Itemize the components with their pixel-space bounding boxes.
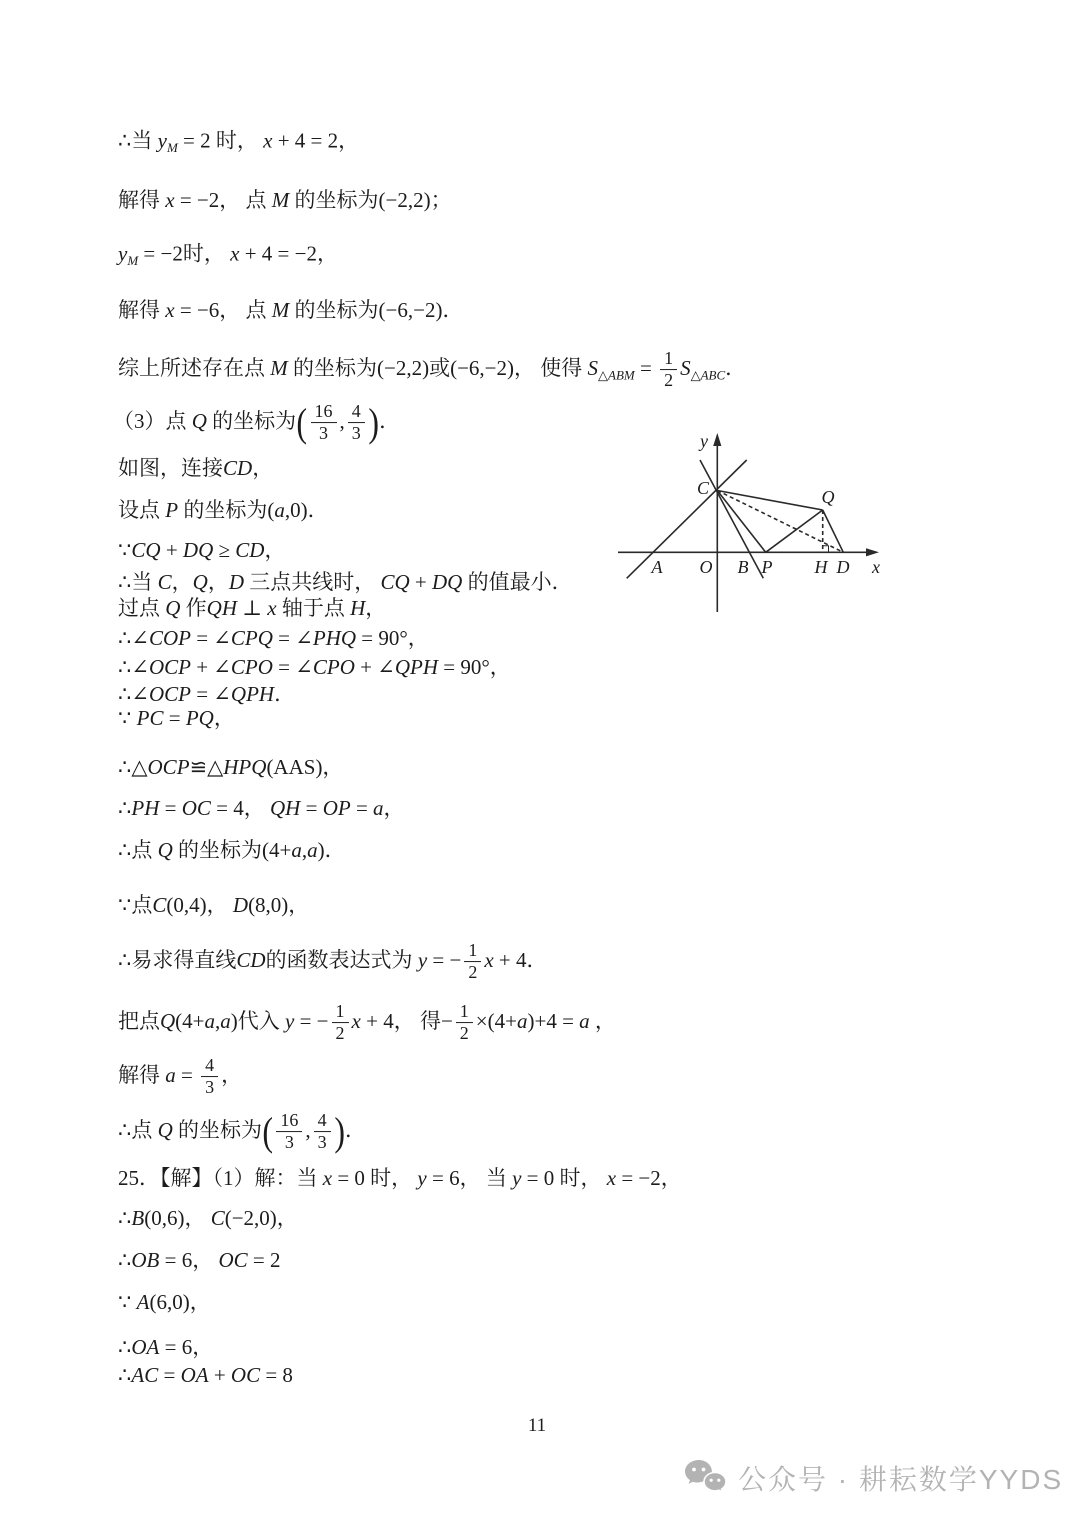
label-C: C bbox=[697, 478, 710, 498]
text-line: 设点 P 的坐标为(a,0)． bbox=[118, 497, 329, 523]
label-H: H bbox=[814, 557, 829, 577]
x-axis-arrow bbox=[866, 548, 879, 556]
y-axis-arrow bbox=[713, 433, 721, 446]
text-line: yM = −2时， x + 4 = −2， bbox=[118, 241, 338, 270]
label-P: P bbox=[761, 557, 773, 577]
text-line: ∴PH = OC = 4， QH = OP = a， bbox=[118, 795, 405, 821]
text-line: ∴OA = 6， bbox=[118, 1334, 213, 1360]
text-line: ∴当 C，Q，D 三点共线时， CQ + DQ 的值最小． bbox=[118, 569, 573, 595]
geometry-diagram: y x C Q A O B P H D bbox=[600, 415, 900, 625]
text-line: 25．【解】（1）解：当 x = 0 时， y = 6， 当 y = 0 时， … bbox=[118, 1165, 682, 1191]
line-AC bbox=[627, 460, 747, 578]
text-line: ∴易求得直线CD的函数表达式为 y = −12x + 4． bbox=[118, 941, 548, 983]
label-x: x bbox=[871, 557, 880, 577]
text-line: ∴OB = 6， OC = 2 bbox=[118, 1247, 281, 1273]
label-B: B bbox=[738, 557, 749, 577]
label-O: O bbox=[700, 557, 713, 577]
label-A: A bbox=[651, 557, 664, 577]
right-angle-mark bbox=[823, 546, 829, 553]
text-line: 把点Q(4+a,a)代入 y = −12x + 4， 得−12×(4+a)+4 … bbox=[118, 1002, 616, 1044]
document-page: ∴当 yM = 2 时， x + 4 = 2， 解得 x = −2， 点 M 的… bbox=[0, 0, 1080, 1527]
page-number: 11 bbox=[487, 1415, 587, 1437]
footer-watermark: 公众号 · 耕耘数学YYDS bbox=[684, 1458, 1063, 1498]
footer-brand-text: 公众号 · 耕耘数学YYDS bbox=[738, 1458, 1063, 1498]
segment-CQ bbox=[717, 491, 822, 511]
text-line: ∴AC = OA + OC = 8 bbox=[118, 1362, 293, 1388]
text-line: ∴∠COP = ∠CPQ = ∠PHQ = 90°， bbox=[118, 625, 429, 651]
segment-PQ bbox=[766, 510, 823, 552]
text-line: 过点 Q 作QH ⊥ x 轴于点 H， bbox=[118, 595, 386, 621]
label-y: y bbox=[698, 431, 708, 451]
segment-CP bbox=[717, 491, 765, 553]
text-line: （3）点 Q 的坐标为(163,43)． bbox=[113, 402, 400, 444]
text-line: 解得 x = −2， 点 M 的坐标为(−2,2)； bbox=[118, 187, 452, 213]
text-line: ∵CQ + DQ ≥ CD， bbox=[118, 537, 285, 563]
text-line: ∵点C(0,4)， D(8,0)， bbox=[118, 892, 309, 918]
text-line: ∵ PC = PQ， bbox=[118, 705, 235, 731]
label-Q: Q bbox=[822, 487, 835, 507]
text-line: 综上所述存在点 M 的坐标为(−2,2)或(−6,−2)， 使得 S△ABM =… bbox=[118, 349, 746, 391]
label-D: D bbox=[836, 557, 850, 577]
wechat-icon bbox=[684, 1459, 728, 1497]
text-line: ∴B(0,6)， C(−2,0)， bbox=[118, 1205, 298, 1231]
text-line: ∴∠OCP = ∠QPH． bbox=[118, 681, 295, 707]
text-line: ∵ A(6,0)， bbox=[118, 1289, 211, 1315]
text-line: 解得 a = 43， bbox=[118, 1056, 242, 1098]
text-line: ∴点 Q 的坐标为(163,43)． bbox=[118, 1111, 366, 1153]
text-line: ∴当 yM = 2 时， x + 4 = 2， bbox=[118, 128, 359, 157]
text-line: ∴∠OCP + ∠CPO = ∠CPO + ∠QPH = 90°， bbox=[118, 654, 511, 680]
text-line: 如图，连接CD， bbox=[118, 455, 273, 481]
text-line: 解得 x = −6， 点 M 的坐标为(−6,−2)． bbox=[118, 297, 463, 323]
text-line: ∴△OCP≌△HPQ(AAS)， bbox=[118, 754, 343, 780]
text-line: ∴点 Q 的坐标为(4+a,a)． bbox=[118, 837, 346, 863]
